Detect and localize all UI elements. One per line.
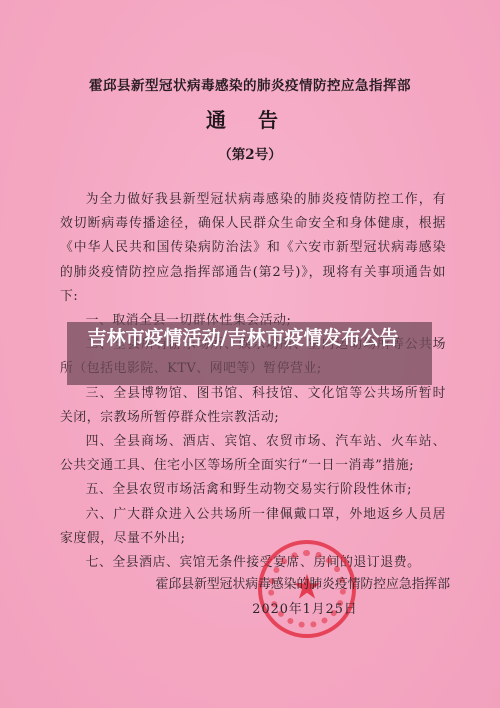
intro-paragraph: 为全力做好我县新型冠状病毒感染的肺炎疫情防控工作，有效切断病毒传播途径，确保人民… <box>60 188 446 309</box>
item-3: 三、全县博物馆、图书馆、科技馆、文化馆等公共场所暂时关闭，宗教场所暂停群众性宗教… <box>60 382 446 430</box>
item-5: 五、全县农贸市场活禽和野生动物交易实行阶段性休市; <box>60 478 446 502</box>
notice-number: （第2号） <box>0 143 500 163</box>
signature: 霍邱县新型冠状病毒感染的肺炎疫情防控应急指挥部 <box>150 573 450 592</box>
signature-date: 2020年1月25日 <box>250 598 360 617</box>
item-7: 七、全县酒店、宾馆无条件接受宴席、房间的退订退费。 <box>60 551 446 575</box>
item-6: 六、广大群众进入公共场所一律佩戴口罩，外地返乡人员居家度假，尽量不外出; <box>60 503 446 551</box>
item-4: 四、全县商场、酒店、宾馆、农贸市场、汽车站、火车站、公共交通工具、住宅小区等场所… <box>60 430 446 478</box>
notice-title: 通告 <box>0 104 500 133</box>
issuer-heading: 霍邱县新型冠状病毒感染的肺炎疫情防控应急指挥部 <box>0 74 500 94</box>
caption-text: 吉林市疫情活动/吉林市疫情发布公告 <box>78 325 408 352</box>
